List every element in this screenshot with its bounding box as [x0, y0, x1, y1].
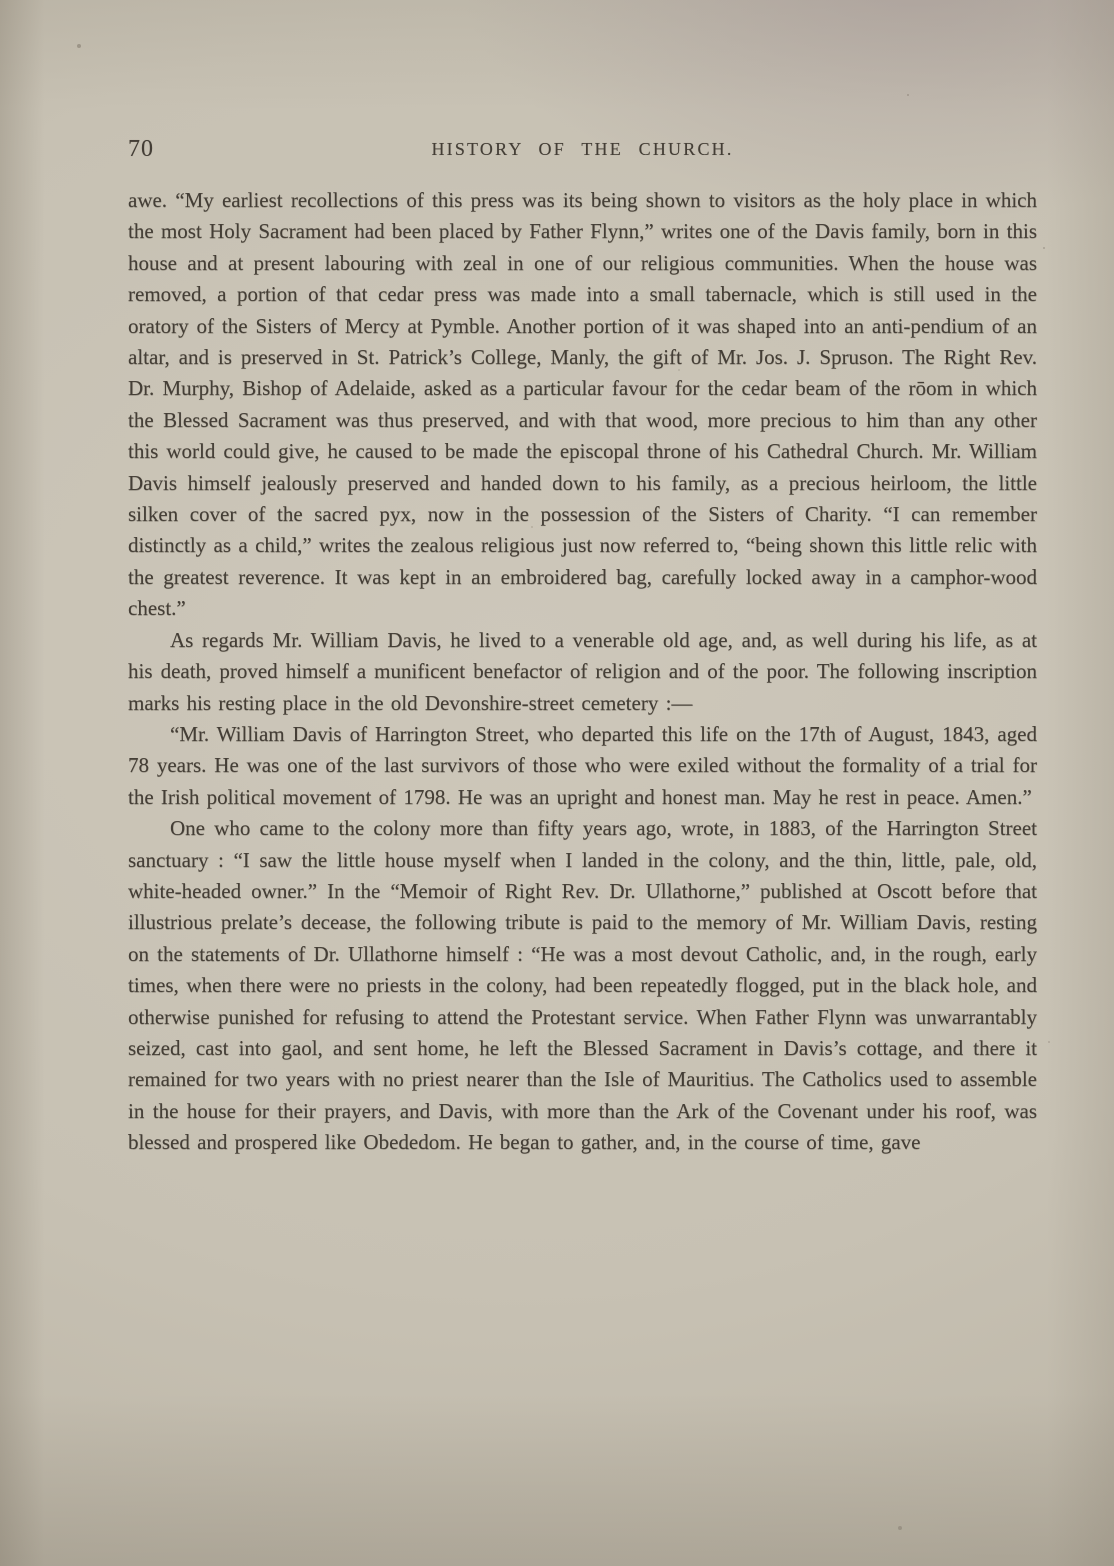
- page-header: 70 HISTORY OF THE CHURCH.: [128, 136, 1037, 166]
- paragraph: As regards Mr. William Davis, he lived t…: [128, 625, 1037, 719]
- scanned-book-page: 70 HISTORY OF THE CHURCH. awe. “My earli…: [0, 0, 1114, 1566]
- paper-specks: [0, 0, 2, 2]
- paragraph-epitaph-quote: “Mr. William Davis of Harrington Street,…: [128, 719, 1037, 813]
- running-header-title: HISTORY OF THE CHURCH.: [128, 139, 1037, 160]
- page-body-text: awe. “My earliest recollections of this …: [128, 185, 1037, 1159]
- paragraph: One who came to the colony more than fif…: [128, 813, 1037, 1158]
- paragraph: awe. “My earliest recollections of this …: [128, 185, 1037, 625]
